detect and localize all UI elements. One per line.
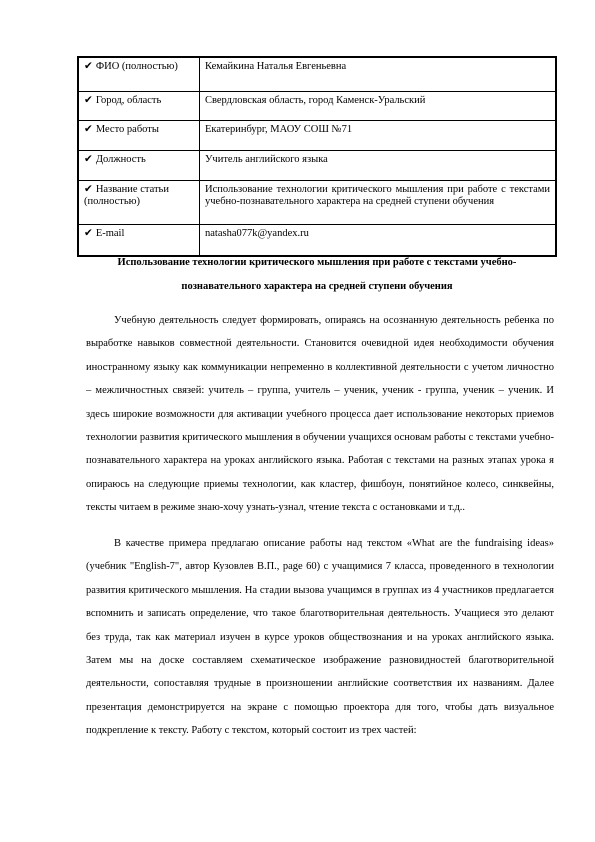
row-value: Учитель английского языка <box>200 151 557 181</box>
label-text: Место работы <box>96 124 159 135</box>
checkmark-icon: ✔ <box>84 124 93 135</box>
row-value: natasha077k@yandex.ru <box>200 225 557 257</box>
row-label: ✔Должность <box>78 151 200 181</box>
checkmark-icon: ✔ <box>84 184 93 195</box>
article-title-line-2: познавательного характера на средней сту… <box>77 281 557 292</box>
checkmark-icon: ✔ <box>84 228 93 239</box>
label-text: E-mail <box>96 228 125 239</box>
row-label: ✔E-mail <box>78 225 200 257</box>
label-text: Название статьи (полностью) <box>84 184 169 207</box>
paragraph-text: Учебную деятельность следует формировать… <box>86 309 554 520</box>
checkmark-icon: ✔ <box>84 95 93 106</box>
paragraph-text: В качестве примера предлагаю описание ра… <box>86 532 554 743</box>
table-row: ✔Название статьи (полностью) Использован… <box>78 181 556 225</box>
document-page: ✔ФИО (полностью) Кемайкина Наталья Евген… <box>0 0 595 842</box>
row-label: ✔ФИО (полностью) <box>78 57 200 92</box>
label-text: Должность <box>96 154 146 165</box>
table-row: ✔Место работы Екатеринбург, МАОУ СОШ №71 <box>78 121 556 151</box>
row-label: ✔Место работы <box>78 121 200 151</box>
label-text: ФИО (полностью) <box>96 61 178 72</box>
body-paragraph-2: В качестве примера предлагаю описание ра… <box>86 532 554 743</box>
checkmark-icon: ✔ <box>84 154 93 165</box>
checkmark-icon: ✔ <box>84 61 93 72</box>
article-title-line-1: Использование технологии критического мы… <box>77 257 557 268</box>
row-value: Свердловская область, город Каменск-Урал… <box>200 92 557 121</box>
label-text: Город, область <box>96 95 161 106</box>
row-value: Екатеринбург, МАОУ СОШ №71 <box>200 121 557 151</box>
table-row: ✔Должность Учитель английского языка <box>78 151 556 181</box>
row-value: Использование технологии критического мы… <box>200 181 557 225</box>
row-label: ✔Город, область <box>78 92 200 121</box>
author-info-table: ✔ФИО (полностью) Кемайкина Наталья Евген… <box>77 56 557 257</box>
body-paragraph-1: Учебную деятельность следует формировать… <box>86 309 554 520</box>
table-row: ✔E-mail natasha077k@yandex.ru <box>78 225 556 257</box>
row-label: ✔Название статьи (полностью) <box>78 181 200 225</box>
table-row: ✔ФИО (полностью) Кемайкина Наталья Евген… <box>78 57 556 92</box>
row-value: Кемайкина Наталья Евгеньевна <box>200 57 557 92</box>
table-row: ✔Город, область Свердловская область, го… <box>78 92 556 121</box>
